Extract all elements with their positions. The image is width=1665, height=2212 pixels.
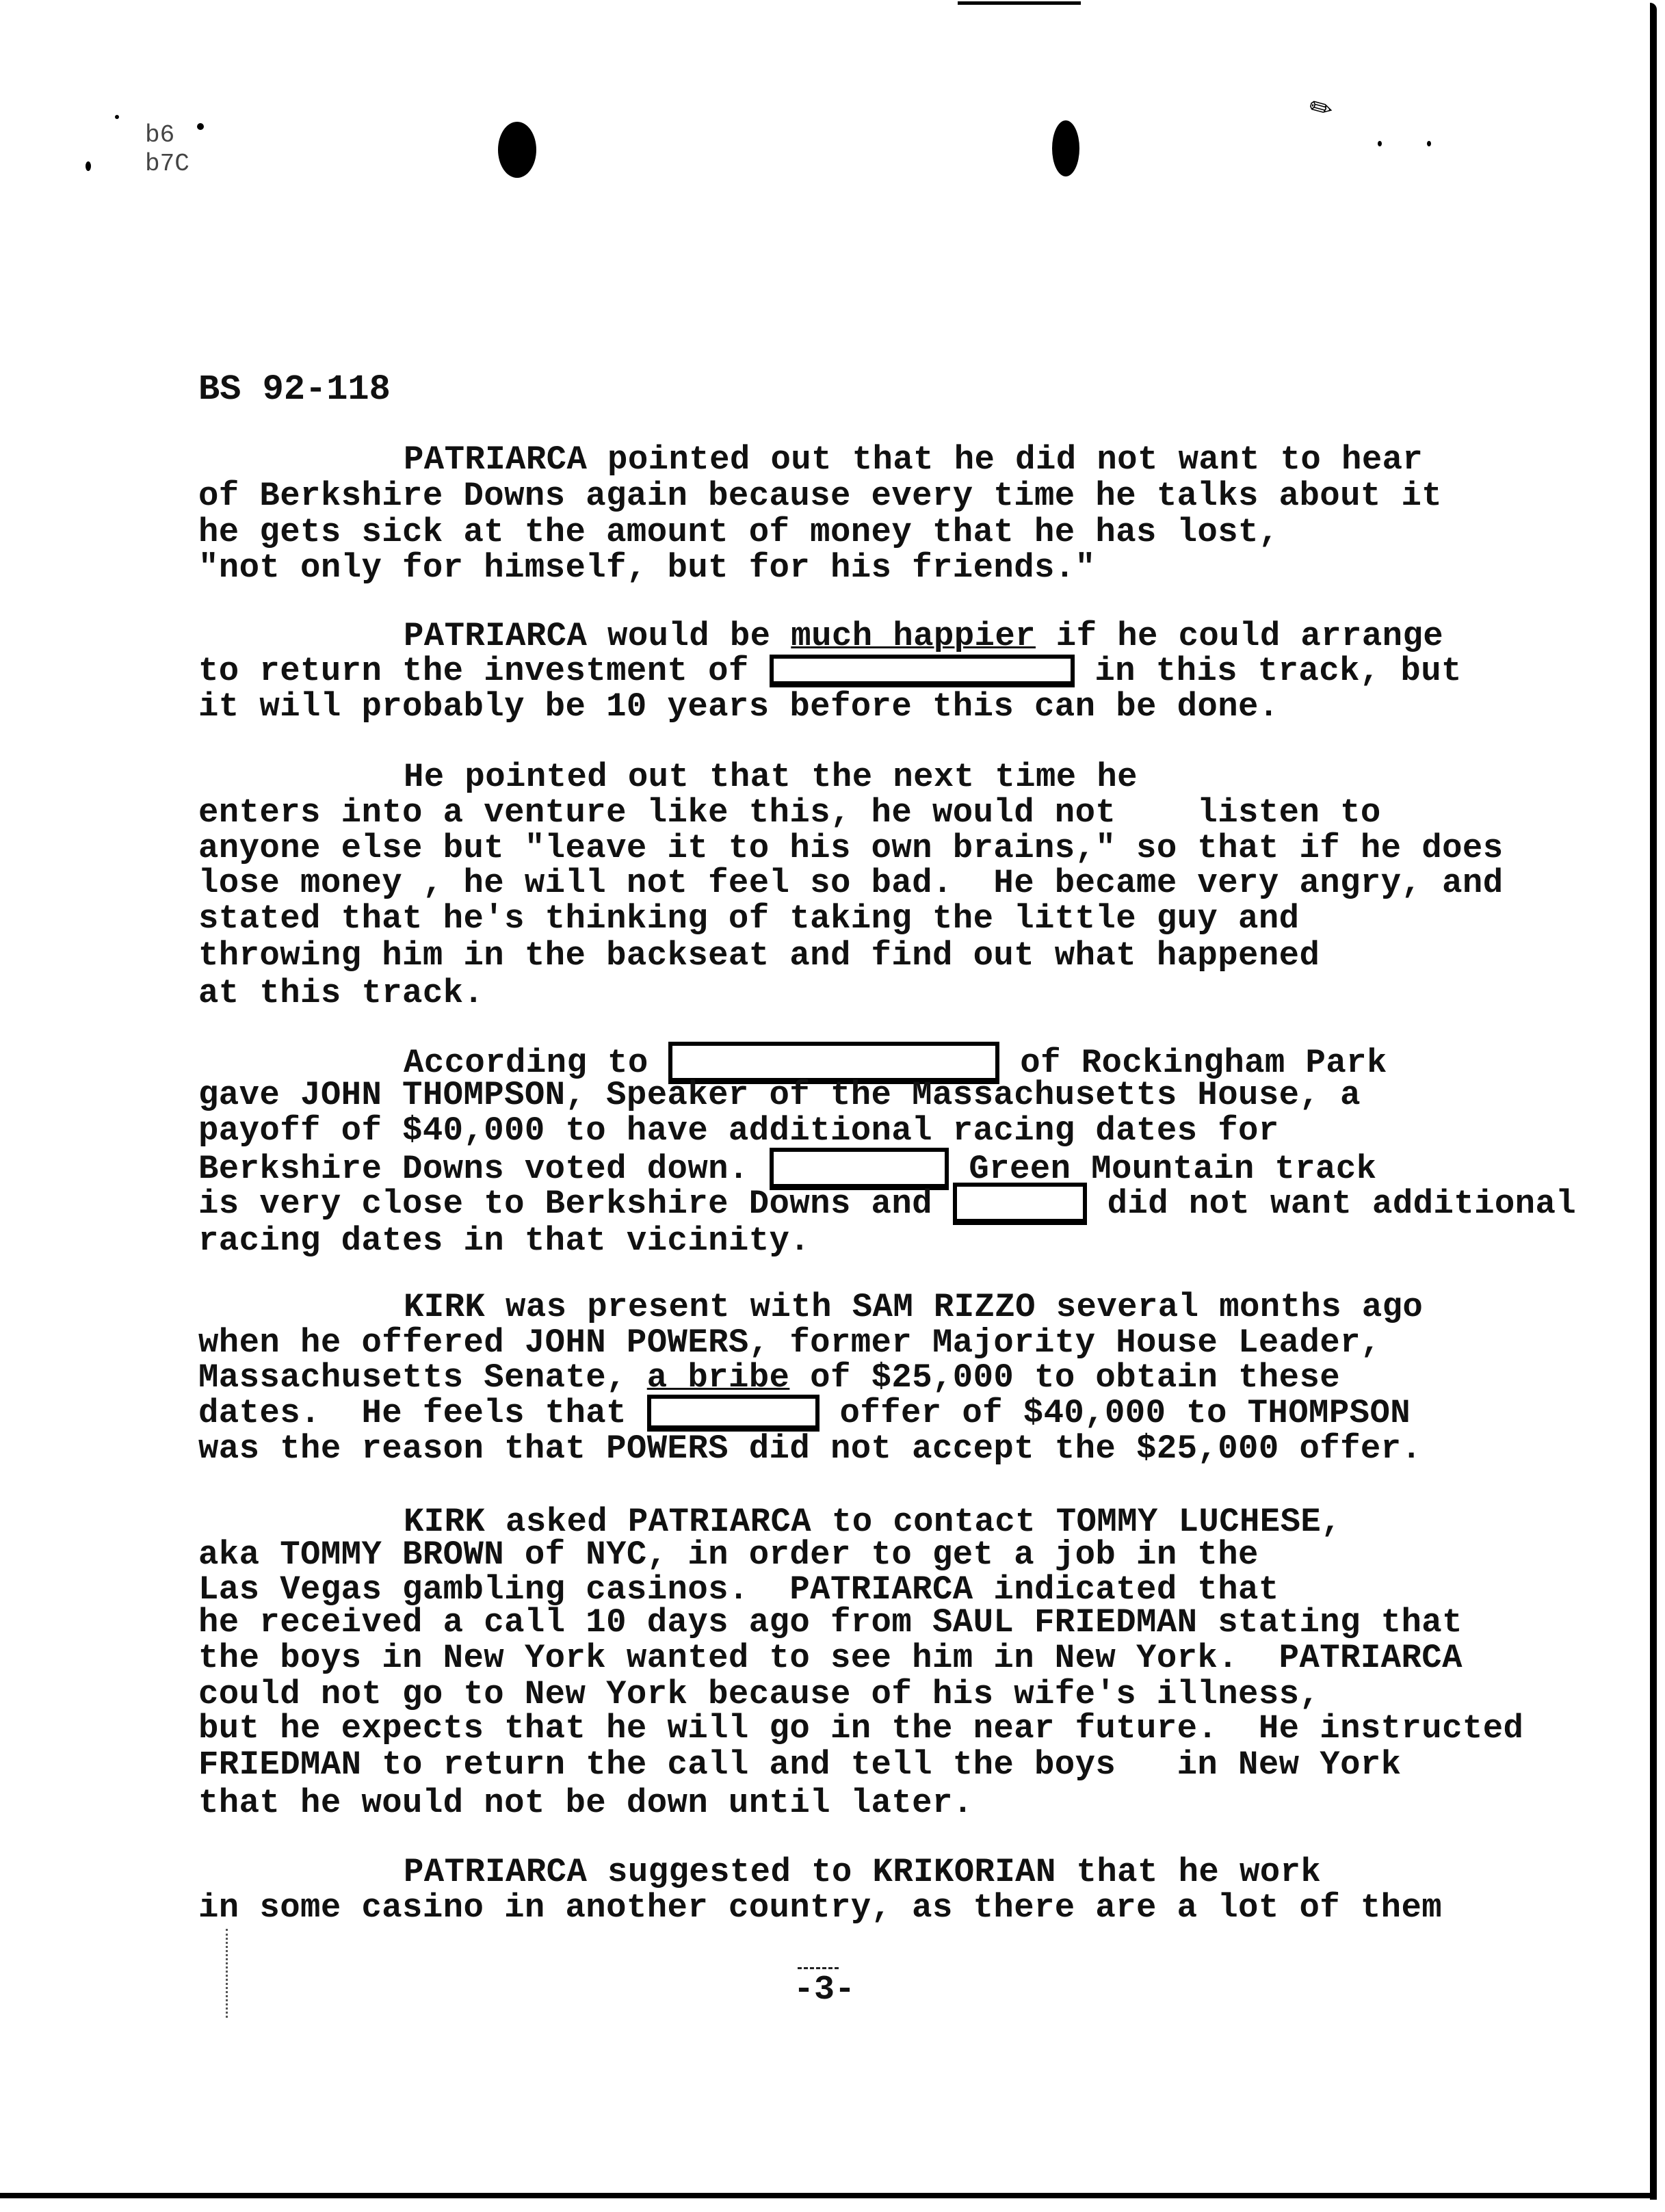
- paragraph-3-line-2: enters into a venture like this, he woul…: [198, 794, 1381, 831]
- paragraph-5-line-3: Massachusetts Senate, a bribe of $25,000…: [198, 1359, 1340, 1396]
- scan-margin-noise: [226, 1929, 232, 2018]
- paragraph-5-line-2: when he offered JOHN POWERS, former Majo…: [198, 1324, 1381, 1361]
- paragraph-4-line-4: Berkshire Downs voted down. Green Mounta…: [198, 1148, 1376, 1185]
- paragraph-1-line-3: he gets sick at the amount of money that…: [198, 514, 1279, 551]
- scan-speck: [115, 115, 119, 119]
- handwritten-check-mark: ✎: [1304, 90, 1339, 129]
- paragraph-7-line-1: PATRIARCA suggested to KRIKORIAN that he…: [198, 1854, 1321, 1891]
- scan-border-bottom: [0, 2193, 1657, 2198]
- paragraph-3-line-5: stated that he's thinking of taking the …: [198, 900, 1299, 937]
- file-number: BS 92-118: [198, 369, 391, 410]
- paragraph-1-line-2: of Berkshire Downs again because every t…: [198, 477, 1442, 514]
- paragraph-6-line-1: KIRK asked PATRIARCA to contact TOMMY LU…: [198, 1503, 1341, 1540]
- paragraph-3-line-4: lose money , he will not feel so bad. He…: [198, 865, 1504, 901]
- paragraph-3-line-1: He pointed out that the next time he: [198, 759, 1138, 795]
- paragraph-6-line-4: he received a call 10 days ago from SAUL…: [198, 1604, 1463, 1641]
- paragraph-6-line-9: that he would not be down until later.: [198, 1785, 973, 1821]
- redaction-box: [647, 1395, 820, 1432]
- paragraph-2-line-3: it will probably be 10 years before this…: [198, 688, 1279, 725]
- scan-border-right: [1650, 3, 1657, 2200]
- text: if he could arrange: [1036, 617, 1443, 655]
- scan-speck: [197, 123, 204, 130]
- paragraph-1-line-4: "not only for himself, but for his frien…: [198, 549, 1095, 586]
- paragraph-4-line-3: payoff of $40,000 to have additional rac…: [198, 1112, 1279, 1149]
- exemption-code-b7c: b7C: [145, 150, 189, 178]
- text: to return the investment of: [198, 652, 770, 690]
- text: in this track, but: [1075, 652, 1462, 690]
- text: is very close to Berkshire Downs and: [198, 1185, 953, 1223]
- punch-hole-right: [1052, 120, 1079, 176]
- paragraph-6-line-7: but he expects that he will go in the ne…: [198, 1710, 1523, 1747]
- paragraph-5-line-1: KIRK was present with SAM RIZZO several …: [198, 1289, 1423, 1326]
- underlined-text: much happier: [791, 617, 1036, 655]
- text: of $25,000 to obtain these: [789, 1358, 1340, 1397]
- paragraph-2-line-1: PATRIARCA would be much happier if he co…: [198, 618, 1443, 655]
- paragraph-3-line-6: throwing him in the backseat and find ou…: [198, 937, 1320, 974]
- paragraph-6-line-6: could not go to New York because of his …: [198, 1676, 1320, 1713]
- paragraph-4-line-2: gave JOHN THOMPSON, Speaker of the Massa…: [198, 1077, 1361, 1114]
- paragraph-3-line-7: at this track.: [198, 975, 484, 1012]
- paragraph-4-line-5: is very close to Berkshire Downs and did…: [198, 1183, 1576, 1220]
- scan-speck: [86, 161, 91, 171]
- paragraph-2-line-2: to return the investment of in this trac…: [198, 653, 1462, 689]
- paragraph-7-line-2: in some casino in another country, as th…: [198, 1889, 1442, 1926]
- paragraph-6-line-3: Las Vegas gambling casinos. PATRIARCA in…: [198, 1571, 1279, 1608]
- scan-border-top: [958, 1, 1081, 5]
- redaction-box: [953, 1183, 1087, 1225]
- scan-speck: [1427, 141, 1431, 146]
- paragraph-6-line-5: the boys in New York wanted to see him i…: [198, 1640, 1463, 1676]
- paragraph-4-line-1: According to of Rockingham Park: [198, 1042, 1387, 1079]
- paragraph-3-line-3: anyone else but "leave it to his own bra…: [198, 830, 1504, 867]
- text: payoff of $40,000 to have additional rac…: [198, 1111, 1279, 1150]
- paragraph-6-line-2: aka TOMMY BROWN of NYC, in order to get …: [198, 1536, 1259, 1573]
- paragraph-1-line-1: PATRIARCA pointed out that he did not wa…: [198, 441, 1423, 478]
- paragraph-5-line-5: was the reason that POWERS did not accep…: [198, 1430, 1421, 1467]
- text: Massachusetts Senate,: [198, 1358, 647, 1397]
- paragraph-4-line-6: racing dates in that vicinity.: [198, 1222, 810, 1259]
- scan-speck: [1378, 141, 1382, 146]
- redaction-box: [770, 655, 1075, 687]
- page-number: -3-: [794, 1970, 855, 2011]
- punch-hole-left: [498, 122, 536, 178]
- document-page: ✎ b6 b7C BS 92-118 PATRIARCA pointed out…: [0, 0, 1665, 2212]
- text: PATRIARCA would be: [404, 617, 791, 655]
- paragraph-6-line-8: FRIEDMAN to return the call and tell the…: [198, 1746, 1401, 1783]
- exemption-code-b6: b6: [145, 122, 174, 149]
- underlined-text: a bribe: [647, 1358, 790, 1397]
- text: dates. He feels that: [198, 1394, 647, 1432]
- paragraph-5-line-4: dates. He feels that offer of $40,000 to…: [198, 1395, 1411, 1432]
- text: offer of $40,000 to THOMPSON: [820, 1394, 1411, 1432]
- text: did not want additional: [1087, 1185, 1576, 1223]
